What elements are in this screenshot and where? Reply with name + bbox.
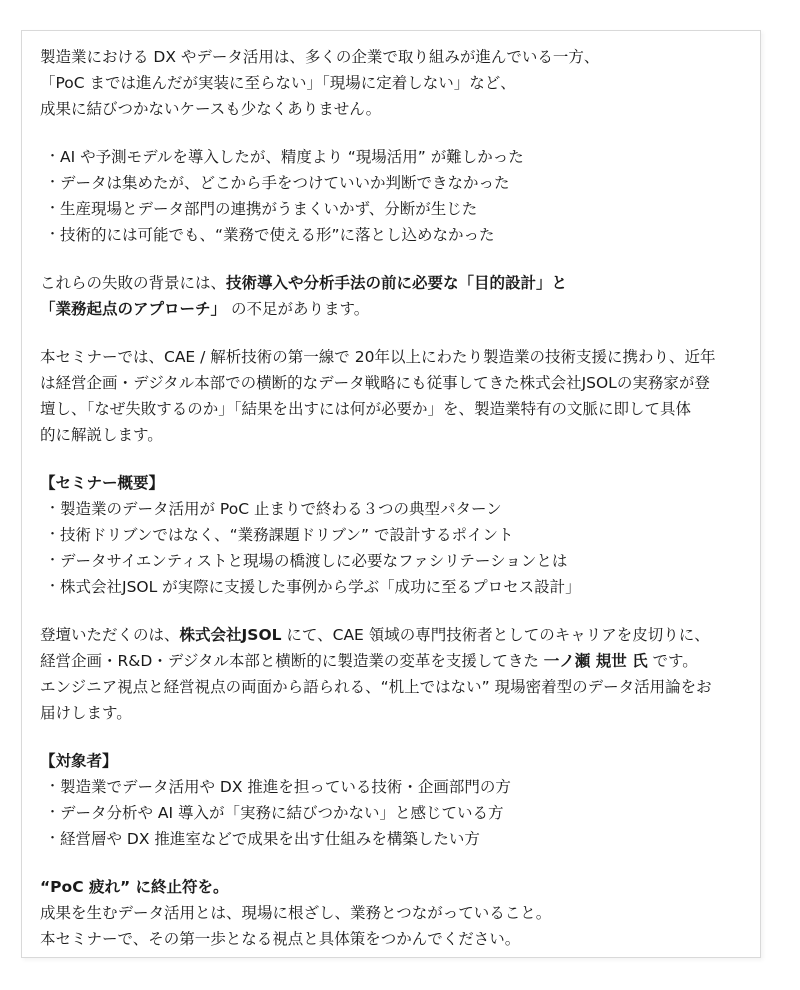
audience-heading: 【対象者】 [40,748,746,774]
text-line: 本セミナーでは、CAE / 解析技術の第一線で 20年以上にわたり製造業の技術支… [40,344,746,370]
closing-headline: “PoC 疲れ” に終止符を。 [40,874,746,900]
list-item-text: 技術的には可能でも、“業務で使える形”に落とし込めなかった [60,222,746,248]
text-line: 成果を生むデータ活用とは、現場に根ざし、業務とつながっていること。 [40,900,746,926]
list-item-text: データは集めたが、どこから手をつけていいか判断できなかった [60,170,746,196]
list-item-text: データ分析や AI 導入が「実務に結びつかない」と感じている方 [60,800,746,826]
list-item: ・ 技術的には可能でも、“業務で使える形”に落とし込めなかった [40,222,746,248]
list-item-text: 株式会社JSOL が実際に支援した事例から学ぶ「成功に至るプロセス設計」 [60,574,746,600]
text-line: は経営企画・デジタル本部での横断的なデータ戦略にも従事してきた株式会社JSOLの… [40,370,746,396]
overview-section: 【セミナー概要】 ・ 製造業のデータ活用が PoC 止まりで終わる３つの典型パタ… [40,470,746,600]
seminar-description-panel: 製造業における DX やデータ活用は、多くの企業で取り組みが進んでいる一方、 「… [21,30,761,958]
bullet-marker: ・ [40,222,60,248]
text-line: 登壇いただくのは、株式会社JSOL にて、CAE 領域の専門技術者としてのキャリ… [40,622,746,648]
overview-list: ・ 製造業のデータ活用が PoC 止まりで終わる３つの典型パターン ・ 技術ドリ… [40,496,746,600]
bullet-marker: ・ [40,548,60,574]
list-item-text: 生産現場とデータ部門の連携がうまくいかず、分断が生じた [60,196,746,222]
text-segment-bold: 技術導入や分析手法の前に必要な「目的設計」と [226,274,567,292]
text-segment: 経営企画・R&D・デジタル本部と横断的に製造業の変革を支援してきた [40,652,544,670]
overview-heading: 【セミナー概要】 [40,470,746,496]
intro-line: 成果に結びつかないケースも少なくありません。 [40,96,746,122]
text-line: エンジニア視点と経営視点の両面から語られる、“机上ではない” 現場密着型のデータ… [40,674,746,700]
failure-background-paragraph: これらの失敗の背景には、技術導入や分析手法の前に必要な「目的設計」と 「業務起点… [40,270,746,322]
text-segment: にて、CAE 領域の専門技術者としてのキャリアを皮切りに、 [282,626,710,644]
text-segment: 登壇いただくのは、 [40,626,180,644]
bullet-marker: ・ [40,196,60,222]
bullet-marker: ・ [40,774,60,800]
text-line: 壇し、「なぜ失敗するのか」「結果を出すには何が必要か」を、製造業特有の文脈に即し… [40,396,746,422]
bullet-marker: ・ [40,800,60,826]
list-item: ・ データ分析や AI 導入が「実務に結びつかない」と感じている方 [40,800,746,826]
speaker-paragraph: 登壇いただくのは、株式会社JSOL にて、CAE 領域の専門技術者としてのキャリ… [40,622,746,726]
audience-section: 【対象者】 ・ 製造業でデータ活用や DX 推進を担っている技術・企画部門の方 … [40,748,746,852]
closing-section: “PoC 疲れ” に終止符を。 成果を生むデータ活用とは、現場に根ざし、業務とつ… [40,874,746,952]
text-segment: です。 [648,652,698,670]
list-item-text: 製造業でデータ活用や DX 推進を担っている技術・企画部門の方 [60,774,746,800]
list-item-text: AI や予測モデルを導入したが、精度より “現場活用” が難しかった [60,144,746,170]
text-line: 的に解説します。 [40,422,746,448]
text-line: 「業務起点のアプローチ」 の不足があります。 [40,296,746,322]
list-item: ・ 株式会社JSOL が実際に支援した事例から学ぶ「成功に至るプロセス設計」 [40,574,746,600]
text-line: 経営企画・R&D・デジタル本部と横断的に製造業の変革を支援してきた 一ノ瀬 規世… [40,648,746,674]
text-line: 届けします。 [40,700,746,726]
list-item: ・ 製造業のデータ活用が PoC 止まりで終わる３つの典型パターン [40,496,746,522]
speaker-name-bold: 一ノ瀬 規世 氏 [544,652,648,670]
list-item: ・ 技術ドリブンではなく、“業務課題ドリブン” で設計するポイント [40,522,746,548]
intro-line: 製造業における DX やデータ活用は、多くの企業で取り組みが進んでいる一方、 [40,44,746,70]
list-item: ・ データは集めたが、どこから手をつけていいか判断できなかった [40,170,746,196]
bullet-marker: ・ [40,496,60,522]
bullet-marker: ・ [40,826,60,852]
list-item: ・ データサイエンティストと現場の橋渡しに必要なファシリテーションとは [40,548,746,574]
text-segment-bold: 「業務起点のアプローチ」 [40,300,226,318]
list-item-text: 技術ドリブンではなく、“業務課題ドリブン” で設計するポイント [60,522,746,548]
text-line: これらの失敗の背景には、技術導入や分析手法の前に必要な「目的設計」と [40,270,746,296]
list-item-text: データサイエンティストと現場の橋渡しに必要なファシリテーションとは [60,548,746,574]
intro-line: 「PoC までは進んだが実装に至らない」「現場に定着しない」など、 [40,70,746,96]
intro-paragraph: 製造業における DX やデータ活用は、多くの企業で取り組みが進んでいる一方、 「… [40,44,746,122]
speaker-company-bold: 株式会社JSOL [180,626,282,644]
audience-list: ・ 製造業でデータ活用や DX 推進を担っている技術・企画部門の方 ・ データ分… [40,774,746,852]
list-item: ・ 生産現場とデータ部門の連携がうまくいかず、分断が生じた [40,196,746,222]
bullet-marker: ・ [40,574,60,600]
list-item: ・ 製造業でデータ活用や DX 推進を担っている技術・企画部門の方 [40,774,746,800]
list-item-text: 経営層や DX 推進室などで成果を出す仕組みを構築したい方 [60,826,746,852]
seminar-intro-paragraph: 本セミナーでは、CAE / 解析技術の第一線で 20年以上にわたり製造業の技術支… [40,344,746,448]
text-segment: の不足があります。 [226,300,369,318]
list-item: ・ 経営層や DX 推進室などで成果を出す仕組みを構築したい方 [40,826,746,852]
page-background: 製造業における DX やデータ活用は、多くの企業で取り組みが進んでいる一方、 「… [0,0,800,990]
text-segment: これらの失敗の背景には、 [40,274,226,292]
list-item-text: 製造業のデータ活用が PoC 止まりで終わる３つの典型パターン [60,496,746,522]
bullet-marker: ・ [40,522,60,548]
list-item: ・ AI や予測モデルを導入したが、精度より “現場活用” が難しかった [40,144,746,170]
text-line: 本セミナーで、その第一歩となる視点と具体策をつかんでください。 [40,926,746,952]
failure-list: ・ AI や予測モデルを導入したが、精度より “現場活用” が難しかった ・ デ… [40,144,746,248]
bullet-marker: ・ [40,144,60,170]
bullet-marker: ・ [40,170,60,196]
